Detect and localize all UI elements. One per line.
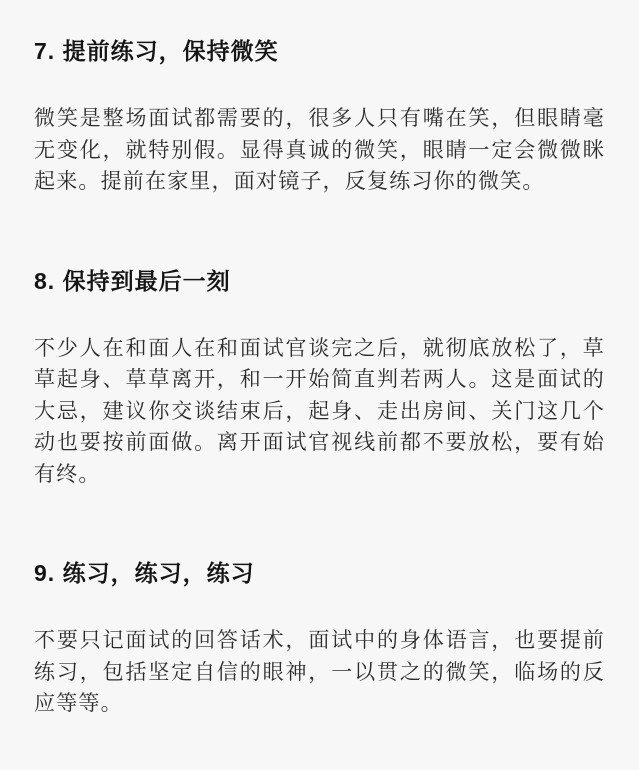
article: 7. 提前练习，保持微笑 微笑是整场面试都需要的，很多人只有嘴在笑，但眼睛毫无变…: [34, 36, 605, 720]
tip-section-7: 7. 提前练习，保持微笑 微笑是整场面试都需要的，很多人只有嘴在笑，但眼睛毫无变…: [34, 36, 605, 198]
tip-8-heading: 8. 保持到最后一刻: [34, 266, 605, 296]
tip-9-heading: 9. 练习，练习，练习: [34, 558, 605, 588]
tip-7-heading: 7. 提前练习，保持微笑: [34, 36, 605, 66]
tip-9-body: 不要只记面试的回答话术，面试中的身体语言，也要提前练习，包括坚定自信的眼神，一以…: [34, 625, 605, 720]
tip-8-body: 不少人在和面人在和面试官谈完之后，就彻底放松了，草草起身、草草离开，和一开始简直…: [34, 333, 605, 491]
tip-7-body: 微笑是整场面试都需要的，很多人只有嘴在笑，但眼睛毫无变化，就特别假。显得真诚的微…: [34, 103, 605, 198]
tip-section-8: 8. 保持到最后一刻 不少人在和面人在和面试官谈完之后，就彻底放松了，草草起身、…: [34, 266, 605, 491]
tip-section-9: 9. 练习，练习，练习 不要只记面试的回答话术，面试中的身体语言，也要提前练习，…: [34, 558, 605, 720]
